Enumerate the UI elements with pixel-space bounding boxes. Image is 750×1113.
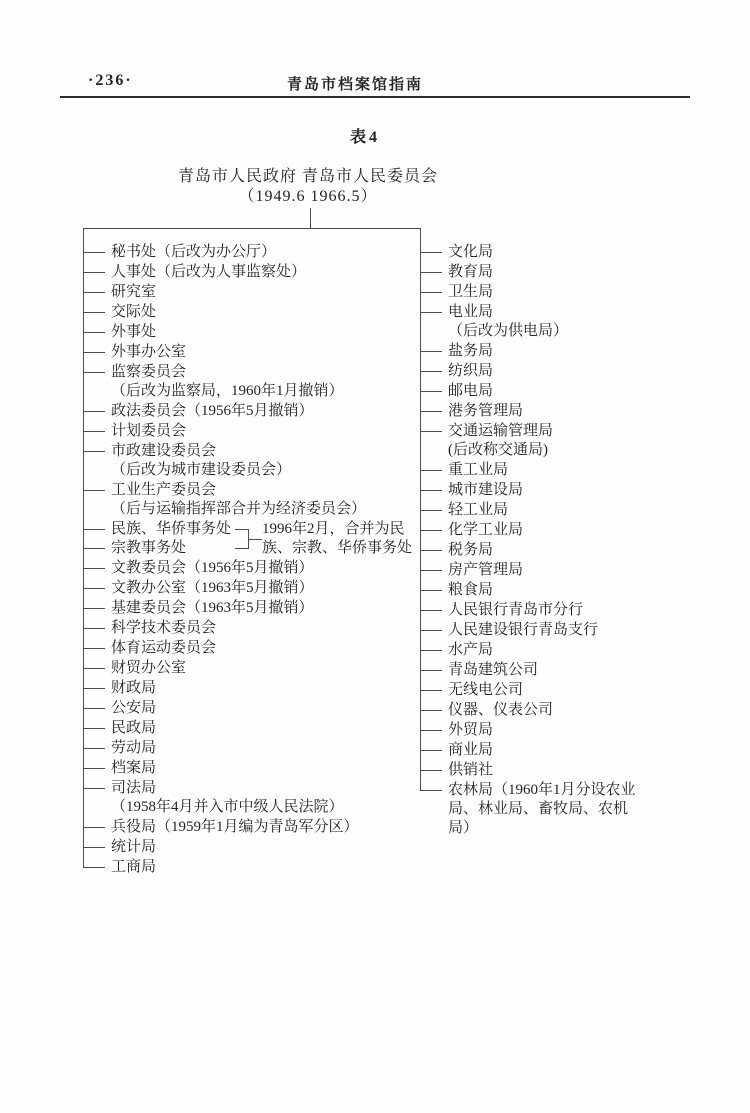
branch-item: 人民建设银行青岛支行 [420,621,650,640]
branch-item: 无线电公司 [420,681,650,700]
branch-item: 公安局 [83,699,431,718]
branch-label: 秘书处（后改为办公厅） [111,243,431,262]
merge-out-line [248,539,262,540]
branch-label: 农林局（1960年1月分设农业局、林业局、畜牧局、农机局） [448,781,650,838]
branch-item: 兵役局（1959年1月编为青岛军分区） [83,818,431,837]
branch-label: 教育局 [448,263,650,282]
branch-item: 税务局 [420,541,650,560]
branch-label: 基建委员会（1963年5月撤销） [111,599,431,618]
branch-label: 粮食局 [448,581,650,600]
branch-label: 税务局 [448,541,650,560]
merge-names: 民族、华侨事务处 宗教事务处 [111,520,235,558]
branch-item: 盐务局 [420,342,650,361]
branch-label: 财政局 [111,679,431,698]
branch-item: 秘书处（后改为办公厅） [83,243,431,262]
branch-label: 交际处 [111,303,431,322]
branch-label: 统计局 [111,838,431,857]
branch-label: 水产局 [448,641,650,660]
branch-item: 房产管理局 [420,561,650,580]
merge-name-top: 民族、华侨事务处 [111,520,235,539]
branch-label: 盐务局 [448,342,650,361]
merge-annotation: 1996年2月，合并为民族、宗教、华侨事务处 [262,520,428,558]
branch-item: 监察委员会 （后改为监察局，1960年1月撤销） [83,363,431,401]
branch-item: 邮电局 [420,382,650,401]
branch-label: 卫生局 [448,283,650,302]
branch-note: （后改为监察局，1960年1月撤销） [111,382,431,401]
branch-item: 城市建设局 [420,481,650,500]
branch-label: 文化局 [448,243,650,262]
branch-label: 档案局 [111,759,431,778]
table-label: 表4 [0,124,730,147]
branch-label: 文教办公室（1963年5月撤销） [111,579,431,598]
branch-label: 外贸局 [448,721,650,740]
branch-label: 兵役局（1959年1月编为青岛军分区） [111,818,431,837]
branch-note: （1958年4月并入市中级人民法院） [111,798,431,817]
branch-item: 纺织局 [420,362,650,381]
branch-item: 交际处 [83,303,431,322]
branch-label: 化学工业局 [448,521,650,540]
branch-label: 供销社 [448,761,650,780]
org-chart-root: 青岛市人民政府 青岛市人民委员会 （1949.6 1966.5） [83,167,533,207]
header-rule [60,96,690,98]
branch-item: 人民银行青岛市分行 [420,601,650,620]
branch-label: 公安局 [111,699,431,718]
branch-item: 市政建设委员会 （后改为城市建设委员会） [83,442,431,480]
branch-item: 文化局 [420,243,650,262]
branch-label: 青岛建筑公司 [448,661,650,680]
branch-item: 青岛建筑公司 [420,661,650,680]
branch-label: 商业局 [448,741,650,760]
branch-item: 卫生局 [420,283,650,302]
branch-item: 轻工业局 [420,501,650,520]
branch-item: 供销社 [420,761,650,780]
branch-item: 财政局 [83,679,431,698]
branch-item: 财贸办公室 [83,659,431,678]
branch-item: 文教办公室（1963年5月撤销） [83,579,431,598]
book-page: ·236· 青岛市档案馆指南 表4 青岛市人民政府 青岛市人民委员会 （1949… [0,0,750,1113]
branch-item: 科学技术委员会 [83,619,431,638]
left-branch-list-bottom: 文教委员会（1956年5月撤销） 文教办公室（1963年5月撤销） 基建委员会（… [83,559,431,877]
left-branch-list-top: 秘书处（后改为办公厅） 人事处（后改为人事监察处） 研究室 交际处 [83,243,431,519]
branch-label: 重工业局 [448,461,650,480]
branch-label: 电业局 [448,303,650,322]
branch-label: 人民建设银行青岛支行 [448,621,650,640]
org-root-title: 青岛市人民政府 青岛市人民委员会 [83,167,533,187]
branch-label: 监察委员会 [111,363,431,382]
branch-label: 科学技术委员会 [111,619,431,638]
branch-item: 交通运输管理局 (后改称交通局) [420,422,650,460]
right-branch-column: 文化局 教育局 卫生局 电业局 （后改为供电局） [420,228,650,839]
branch-label: 港务管理局 [448,402,650,421]
branch-label: 外事处 [111,323,431,342]
left-branch-column: 秘书处（后改为办公厅） 人事处（后改为人事监察处） 研究室 交际处 [83,228,431,878]
branch-item: 外事办公室 [83,343,431,362]
branch-label: 仪器、仪表公司 [448,701,650,720]
branch-item: 港务管理局 [420,402,650,421]
branch-item: 水产局 [420,641,650,660]
root-connector-line [310,208,311,228]
branch-item: 统计局 [83,838,431,857]
branch-label: 市政建设委员会 [111,442,431,461]
branch-label: 政法委员会（1956年5月撤销） [111,402,431,421]
branch-label: 研究室 [111,283,431,302]
branch-label: 城市建设局 [448,481,650,500]
branch-item: 仪器、仪表公司 [420,701,650,720]
branch-item: 工业生产委员会 （后与运输指挥部合并为经济委员会） [83,481,431,519]
branch-item: 工商局 [83,858,431,877]
branch-label: 外事办公室 [111,343,431,362]
branch-item: 外贸局 [420,721,650,740]
branch-label: 体育运动委员会 [111,639,431,658]
branch-item: 政法委员会（1956年5月撤销） [83,402,431,421]
branch-item: 教育局 [420,263,650,282]
branch-item: 司法局 （1958年4月并入市中级人民法院） [83,779,431,817]
branch-label: 人事处（后改为人事监察处） [111,263,431,282]
merge-bracket-lines [235,520,262,558]
branch-item: 人事处（后改为人事监察处） [83,263,431,282]
branch-item: 计划委员会 [83,422,431,441]
branch-label: 人民银行青岛市分行 [448,601,650,620]
org-root-period: （1949.6 1966.5） [83,187,533,207]
branch-item: 研究室 [83,283,431,302]
branch-note: （后与运输指挥部合并为经济委员会） [111,500,431,519]
book-title: 青岛市档案馆指南 [60,73,650,94]
branch-item: 重工业局 [420,461,650,480]
branch-label: 民政局 [111,719,431,738]
right-branch-list: 文化局 教育局 卫生局 电业局 （后改为供电局） [420,243,650,838]
branch-note: （后改为供电局） [448,322,650,341]
branch-item: 电业局 （后改为供电局） [420,303,650,341]
branch-note: （后改为城市建设委员会） [111,461,431,480]
branch-label: 工商局 [111,858,431,877]
branch-label: 房产管理局 [448,561,650,580]
branch-note: (后改称交通局) [448,441,650,460]
branch-item: 档案局 [83,759,431,778]
branch-item: 劳动局 [83,739,431,758]
branch-item: 体育运动委员会 [83,639,431,658]
branch-item: 文教委员会（1956年5月撤销） [83,559,431,578]
branch-item: 基建委员会（1963年5月撤销） [83,599,431,618]
branch-label: 交通运输管理局 [448,422,650,441]
branch-label: 司法局 [111,779,431,798]
branch-item: 化学工业局 [420,521,650,540]
branch-label: 邮电局 [448,382,650,401]
branch-label: 工业生产委员会 [111,481,431,500]
branch-item: 外事处 [83,323,431,342]
branch-label: 计划委员会 [111,422,431,441]
branch-label: 无线电公司 [448,681,650,700]
merge-group: 民族、华侨事务处 宗教事务处 1996年2月，合并为民族、宗教、华侨事务处 [83,520,431,558]
branch-label: 财贸办公室 [111,659,431,678]
branch-item: 民政局 [83,719,431,738]
branch-label: 劳动局 [111,739,431,758]
branch-label: 轻工业局 [448,501,650,520]
branch-item: 农林局（1960年1月分设农业局、林业局、畜牧局、农机局） [420,781,650,838]
merge-name-bottom: 宗教事务处 [111,539,235,558]
branch-item: 粮食局 [420,581,650,600]
branch-label: 文教委员会（1956年5月撤销） [111,559,431,578]
branch-label: 纺织局 [448,362,650,381]
branch-item: 商业局 [420,741,650,760]
